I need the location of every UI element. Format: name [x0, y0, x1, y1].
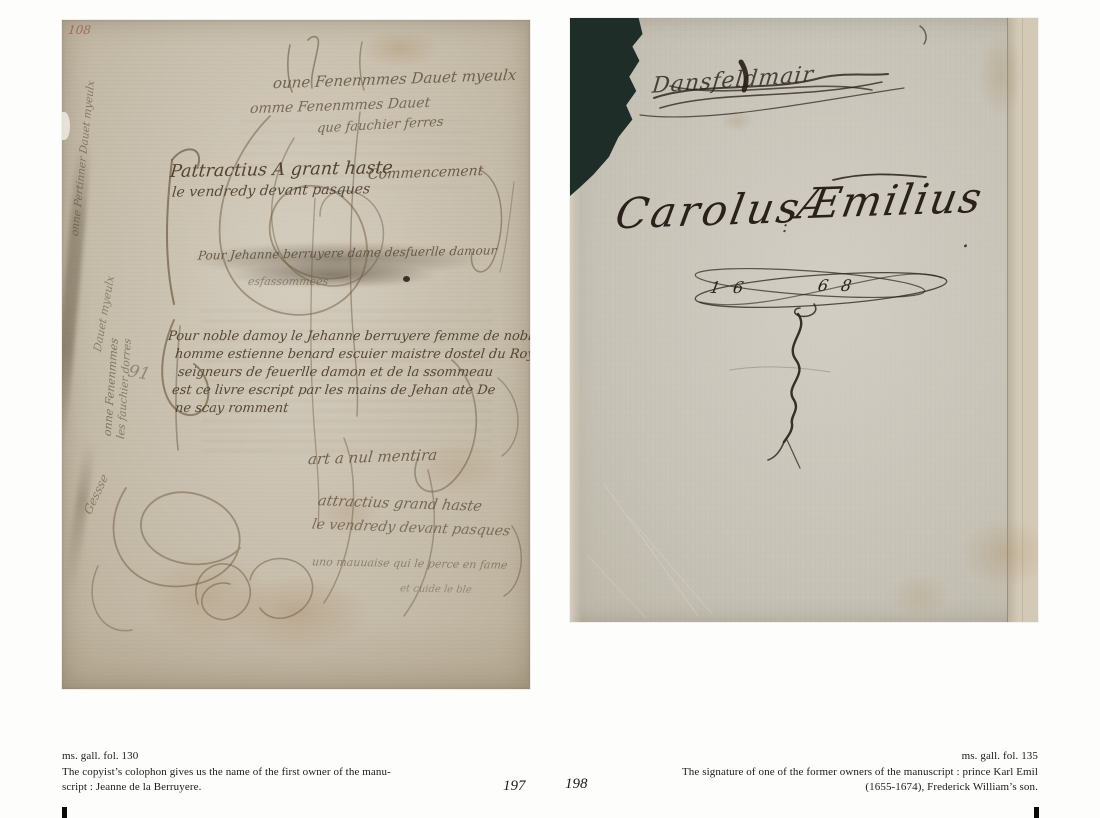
inscription-line: attractius grand haste: [317, 494, 483, 514]
caption-left-line1: The copyist’s colophon gives us the name…: [62, 765, 422, 781]
inscription-line-struck: Pour Jehanne berruyere dame desfuerlle d…: [197, 244, 496, 261]
inscription-line-faint: et cuide le ble: [399, 584, 472, 595]
page-number-recto: 198: [565, 776, 588, 793]
caption-left-line2: script : Jeanne de la Berruyere.: [62, 780, 422, 796]
caption-right-line2: (1655-1674), Frederick William’s son.: [618, 780, 1038, 796]
flourish-penwork-right: [570, 18, 1038, 622]
signature-aemilius: Æmilius: [794, 177, 986, 226]
margin-inscription-vertical: onne Pertinner Dauet myeulx: [70, 80, 97, 238]
inscription-line: oune Fenenmmes Dauet myeulx: [272, 68, 516, 92]
bottom-toning: [62, 620, 530, 689]
paper-stain: [222, 575, 372, 650]
signature-carolus: Carolus: [612, 187, 805, 236]
plate-right-photo: Dansfeldmair Carolus : Æmilius . 16 68: [570, 18, 1038, 622]
caption-right: ms. gall. fol. 135 The signature of one …: [618, 749, 1038, 796]
paper-stain: [978, 33, 1023, 118]
paper-stain: [720, 110, 754, 132]
struck-signature: Dansfeldmair: [651, 64, 815, 98]
inscription-line: ne scay romment: [174, 402, 289, 415]
inscription-line: art a nul mentira: [307, 448, 438, 468]
signature-separator: :: [782, 218, 788, 236]
inscription-line: homme estienne benard escuier maistre do…: [174, 348, 530, 361]
page-fold-line-secondary: [1022, 18, 1023, 622]
margin-number: 91: [126, 363, 151, 383]
inscription-line: Pattractius A grant haste: [169, 160, 393, 181]
inscription-line: Commencement: [367, 164, 483, 182]
inscription-line: Pour noble damoy le Jehanne berruyere fe…: [167, 330, 530, 343]
underpage-edge-strip: [570, 18, 582, 622]
margin-inscription-diagonal: Gessse: [82, 472, 110, 517]
signature-period: .: [962, 230, 969, 252]
page-fold-line: [1007, 18, 1008, 622]
year-digits-right: 68: [817, 278, 866, 294]
book-spread-scan: 108 oune Fenenmmes Dauet myeulx omme Fen…: [0, 0, 1100, 818]
paper-stain: [890, 573, 950, 618]
paper-stain: [360, 30, 440, 68]
torn-corner-dark-backdrop: [570, 18, 648, 196]
inscription-line-smudged: esfassommees: [247, 276, 328, 287]
plate-left-photo: 108 oune Fenenmmes Dauet myeulx omme Fen…: [62, 20, 530, 689]
page-fold-strip: [1008, 18, 1038, 622]
inscription-line: le vendredy devant pasques: [171, 182, 370, 199]
crop-mark-right: [1034, 807, 1039, 818]
inscription-line: est ce livre escript par les mains de Je…: [171, 384, 496, 397]
folio-number: 108: [67, 24, 91, 36]
page-number-verso: 197: [503, 778, 526, 795]
caption-left: ms. gall. fol. 130 The copyist’s colopho…: [62, 749, 422, 796]
caption-right-line1: The signature of one of the former owner…: [618, 765, 1038, 781]
torn-edge-chip: [62, 112, 70, 140]
caption-left-shelfmark: ms. gall. fol. 130: [62, 749, 422, 765]
paper-stain: [142, 550, 272, 645]
caption-right-shelfmark: ms. gall. fol. 135: [618, 749, 1038, 765]
inscription-line-faint: uno mauuaise qui le perce en fame: [311, 556, 508, 570]
year-digits-left: 16: [709, 280, 758, 296]
inscription-line: omme Fenenmmes Dauet: [249, 96, 430, 116]
ink-blot-dot: [403, 276, 410, 282]
paper-stain: [960, 518, 1038, 588]
inscription-line: le vendredy devant pasques: [311, 518, 512, 539]
inscription-line: seigneurs de feuerlle damon et de la sso…: [177, 366, 493, 379]
crop-mark-left: [62, 807, 67, 818]
inscription-line: que fauchier ferres: [317, 116, 444, 136]
